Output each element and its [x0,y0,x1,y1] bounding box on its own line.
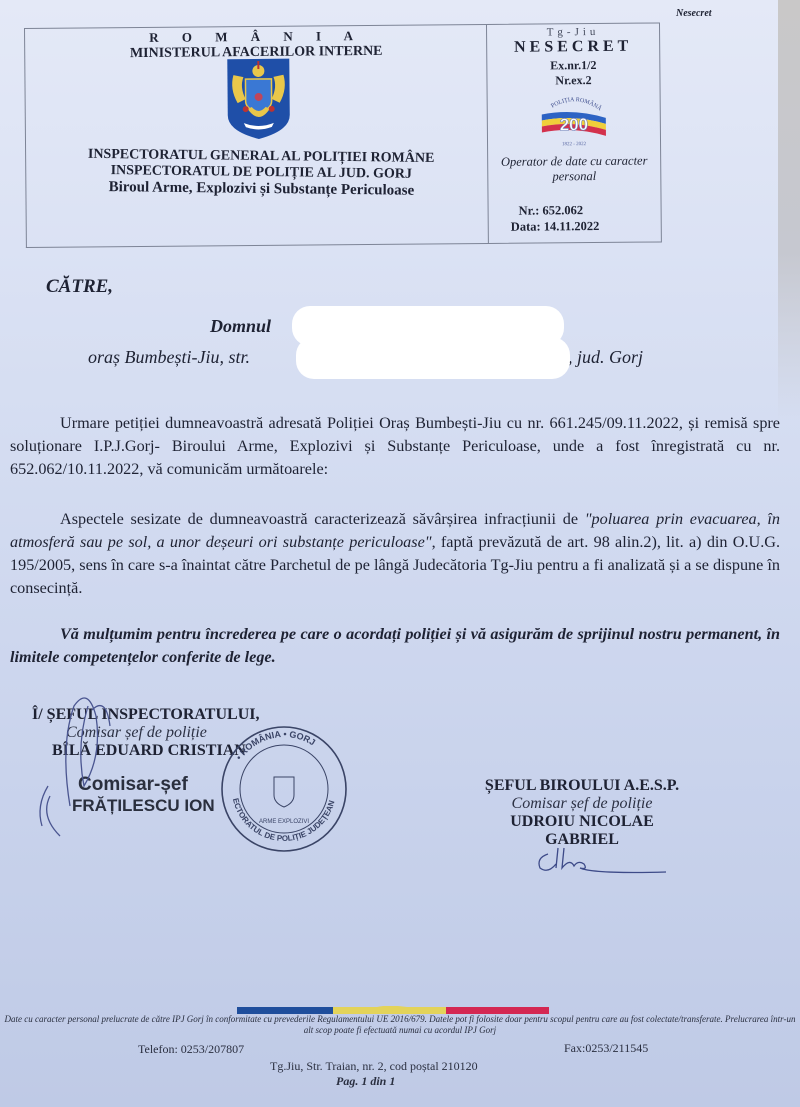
paragraph-2-text: Aspectele sesizate de dumneavoastră cara… [60,510,585,528]
nr-ex: Nr.ex.2 [487,72,659,89]
tricolor-bar-icon [237,1006,549,1014]
corner-classification: Nesecret [676,8,712,19]
recipient-title: Domnul [210,316,271,337]
salutation: CĂTRE, [46,276,113,298]
official-round-stamp-icon: • ROMÂNIA • GORJ ECTORATUL DE POLIȚIE JU… [218,723,350,855]
body-paragraph-2: Aspectele sesizate de dumneavoastră cara… [10,508,780,600]
signature-block-bureau: ȘEFUL BIROULUI A.E.S.P. Comisar șef de p… [472,777,692,849]
gdpr-note: Date cu caracter personal prelucrate de … [4,1014,796,1036]
address-suffix: , jud. Gorj [568,347,643,368]
svg-text:200: 200 [560,115,589,134]
data-operator-note: Operator de date cu caracter personal [492,153,656,184]
romania-coat-of-arms-icon [225,57,292,142]
handwritten-signature-right-icon [534,844,674,878]
police-200-years-logo-icon: POLIȚIA ROMÂNĂ 200 1822 - 2022 [538,88,611,149]
bureau-chief-title: ȘEFUL BIROULUI A.E.S.P. [472,777,692,795]
letterhead-box: R O M Â N I A MINISTERUL AFACERILOR INTE… [24,21,778,246]
handwritten-signature-left-icon [30,686,120,856]
postal-address: Tg.Jiu, Str. Traian, nr. 2, cod poștal 2… [270,1059,478,1074]
bureau-chief-rank: Comisar șef de poliție [472,795,692,813]
svg-text:POLIȚIA ROMÂNĂ: POLIȚIA ROMÂNĂ [550,97,604,113]
letterhead-right-cell: Tg-Jiu NESECRET Ex.nr.1/2 Nr.ex.2 POLIȚI… [486,22,662,244]
svg-text:ARME EXPLOZIVI: ARME EXPLOZIVI [259,819,309,825]
letterhead-left-cell: R O M Â N I A MINISTERUL AFACERILOR INTE… [24,24,489,248]
classification: NESECRET [487,37,659,57]
ex-nr: Ex.nr.1/2 [487,57,659,74]
registration-number: Nr.: 652.062 [519,202,584,219]
body-paragraph-3: Vă mulțumim pentru încrederea pe care o … [10,623,780,669]
body-paragraph-1: Urmare petiției dumneavoastră adresată P… [10,412,780,481]
redaction-street [296,337,570,379]
address-prefix: oraș Bumbești-Jiu, str. [88,347,250,367]
page-number: Pag. 1 din 1 [336,1074,395,1089]
svg-text:1822 - 2022: 1822 - 2022 [562,142,587,147]
fax-number: Fax:0253/211545 [564,1041,648,1056]
registration-date: Data: 14.11.2022 [511,218,600,235]
phone-number: Telefon: 0253/207807 [138,1042,244,1057]
background-surface-edge [778,0,800,420]
